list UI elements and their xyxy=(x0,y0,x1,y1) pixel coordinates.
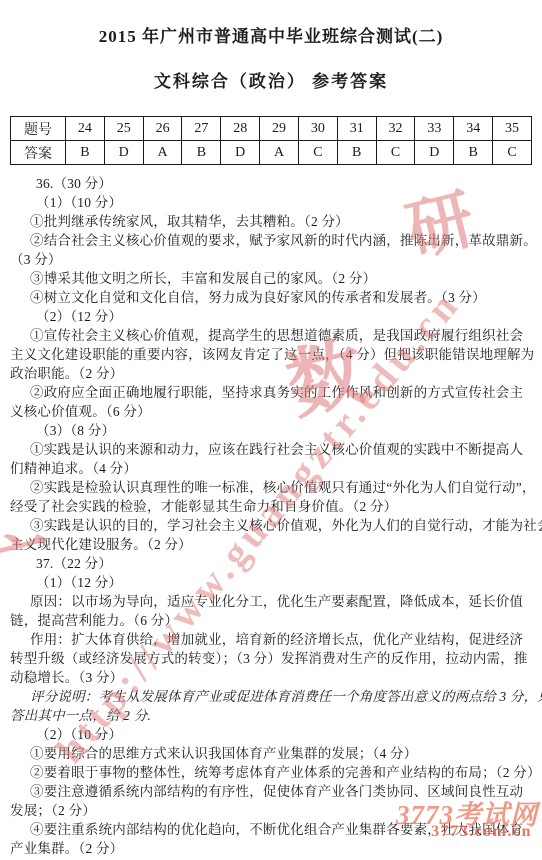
answer-cell: C xyxy=(493,141,532,165)
answer-line: ②政府应全面正确地履行职能，坚持求真务实的工作作风和创新的方式宣传社会主 xyxy=(10,383,536,402)
answer-line: ④要注重系统内部结构的优化趋向，不断优化组合产业集群各要素，壮大我国体育 xyxy=(10,820,536,839)
answer-line: （3 分） xyxy=(10,250,536,269)
answer-line: 原因：以市场为导向，适应专业化分工，优化生产要素配置，降低成本，延长价值 xyxy=(10,592,536,611)
answer-cell: B xyxy=(337,141,376,165)
document-subtitle: 文科综合（政治） 参考答案 xyxy=(0,47,542,92)
answer-line: （2）（10 分） xyxy=(10,725,536,744)
question-number-cell: 32 xyxy=(376,117,415,141)
question-number-cell: 31 xyxy=(337,117,376,141)
answer-text-block: 36.（30 分）（1）（10 分）①批判继承传统家风，取其精华，去其糟粕。（2… xyxy=(10,174,536,858)
answer-line: 37.（22 分） xyxy=(10,554,536,573)
answer-line: 作用：扩大体育供给，增加就业，培育新的经济增长点，优化产业结构，促进经济 xyxy=(10,630,536,649)
question-number-cell: 30 xyxy=(298,117,337,141)
question-number-cell: 26 xyxy=(143,117,182,141)
row-header-cell: 题号 xyxy=(11,117,66,141)
question-number-cell: 29 xyxy=(260,117,299,141)
answer-line: 主义现代化建设服务。（2 分） xyxy=(10,535,536,554)
answer-key-table: 题号242526272829303132333435答案BDABDACBCDBC xyxy=(10,116,532,165)
answer-cell: A xyxy=(143,141,182,165)
answer-line: 36.（30 分） xyxy=(10,174,536,193)
answer-cell: B xyxy=(182,141,221,165)
answer-line: ①批判继承传统家风，取其精华，去其糟粕。（2 分） xyxy=(10,212,536,231)
answer-line: ③要注意遵循系统内部结构的有序性，促使体育产业各门类协同、区域间良性互动 xyxy=(10,782,536,801)
question-number-cell: 24 xyxy=(66,117,105,141)
question-number-cell: 27 xyxy=(182,117,221,141)
exam-answer-sheet-page: 2015 年广州市普通高中毕业班综合测试(二) 文科综合（政治） 参考答案 题号… xyxy=(0,0,542,860)
row-header-cell: 答案 xyxy=(11,141,66,165)
answer-row: 答案BDABDACBCDBC xyxy=(11,141,532,165)
question-number-row: 题号242526272829303132333435 xyxy=(11,117,532,141)
answer-line: 链，提高营利能力。（6 分） xyxy=(10,611,536,630)
answer-line: 主义文化建设职能的重要内容，该网友肯定了这一点，（4 分）但把该职能错误地理解为 xyxy=(10,345,536,364)
answer-line: （1）（10 分） xyxy=(10,193,536,212)
answer-cell: B xyxy=(66,141,105,165)
answer-cell: D xyxy=(415,141,454,165)
question-number-cell: 25 xyxy=(104,117,143,141)
answer-line: 动稳增长。（3 分） xyxy=(10,668,536,687)
answer-cell: D xyxy=(104,141,143,165)
answer-cell: D xyxy=(221,141,260,165)
question-number-cell: 33 xyxy=(415,117,454,141)
answer-line: （1）（12 分） xyxy=(10,573,536,592)
question-number-cell: 34 xyxy=(454,117,493,141)
answer-line: 答出其中一点，给 2 分. xyxy=(10,706,536,725)
answer-line: （3）（8 分） xyxy=(10,421,536,440)
answer-cell: C xyxy=(376,141,415,165)
answer-line: 评分说明：考生从发展体育产业或促进体育消费任一个角度答出意义的两点给 3 分，只 xyxy=(10,687,536,706)
document-title: 2015 年广州市普通高中毕业班综合测试(二) xyxy=(0,0,542,47)
answer-cell: B xyxy=(454,141,493,165)
answer-line: ③博采其他文明之所长，丰富和发展自己的家风。（2 分） xyxy=(10,269,536,288)
answer-line: ③实践是认识的目的，学习社会主义核心价值观，外化为人们的自觉行动，才能为社会 xyxy=(10,516,536,535)
answer-line: 产业集群。（2 分） xyxy=(10,839,536,858)
answer-cell: C xyxy=(298,141,337,165)
answer-line: 转型升级（或经济发展方式的转变）；（3 分）发挥消费对生产的反作用，拉动内需，推 xyxy=(10,649,536,668)
document-header: 2015 年广州市普通高中毕业班综合测试(二) 文科综合（政治） 参考答案 xyxy=(0,0,542,92)
answer-line: ②实践是检验认识真理性的唯一标准，核心价值观只有通过“外化为人们自觉行动”， xyxy=(10,478,536,497)
answer-line: ①实践是认识的来源和动力，应该在践行社会主义核心价值观的实践中不断提高人 xyxy=(10,440,536,459)
question-number-cell: 35 xyxy=(493,117,532,141)
answer-line: ②结合社会主义核心价值观的要求，赋予家风新的时代内涵，推陈出新，革故鼎新。 xyxy=(10,231,536,250)
answer-line: ①要用综合的思维方式来认识我国体育产业集群的发展；（4 分） xyxy=(10,744,536,763)
question-number-cell: 28 xyxy=(221,117,260,141)
answer-line: （2）（12 分） xyxy=(10,307,536,326)
answer-line: 义核心价值观。（6 分） xyxy=(10,402,536,421)
answer-line: ①宣传社会主义核心价值观，提高学生的思想道德素质，是我国政府履行组织社会 xyxy=(10,326,536,345)
answer-line: 政治职能。（2 分） xyxy=(10,364,536,383)
answer-cell: A xyxy=(260,141,299,165)
answer-line: 发展；（2 分） xyxy=(10,801,536,820)
answer-line: ④树立文化自觉和文化自信，努力成为良好家风的传承者和发展者。（3 分） xyxy=(10,288,536,307)
answer-line: 经受了社会实践的检验，才能彰显其生命力和自身价值。（2 分） xyxy=(10,497,536,516)
answer-line: 们精神追求。（4 分） xyxy=(10,459,536,478)
answer-line: ②要着眼于事物的整体性，统筹考虑体育产业体系的完善和产业结构的布局；（2 分） xyxy=(10,763,536,782)
